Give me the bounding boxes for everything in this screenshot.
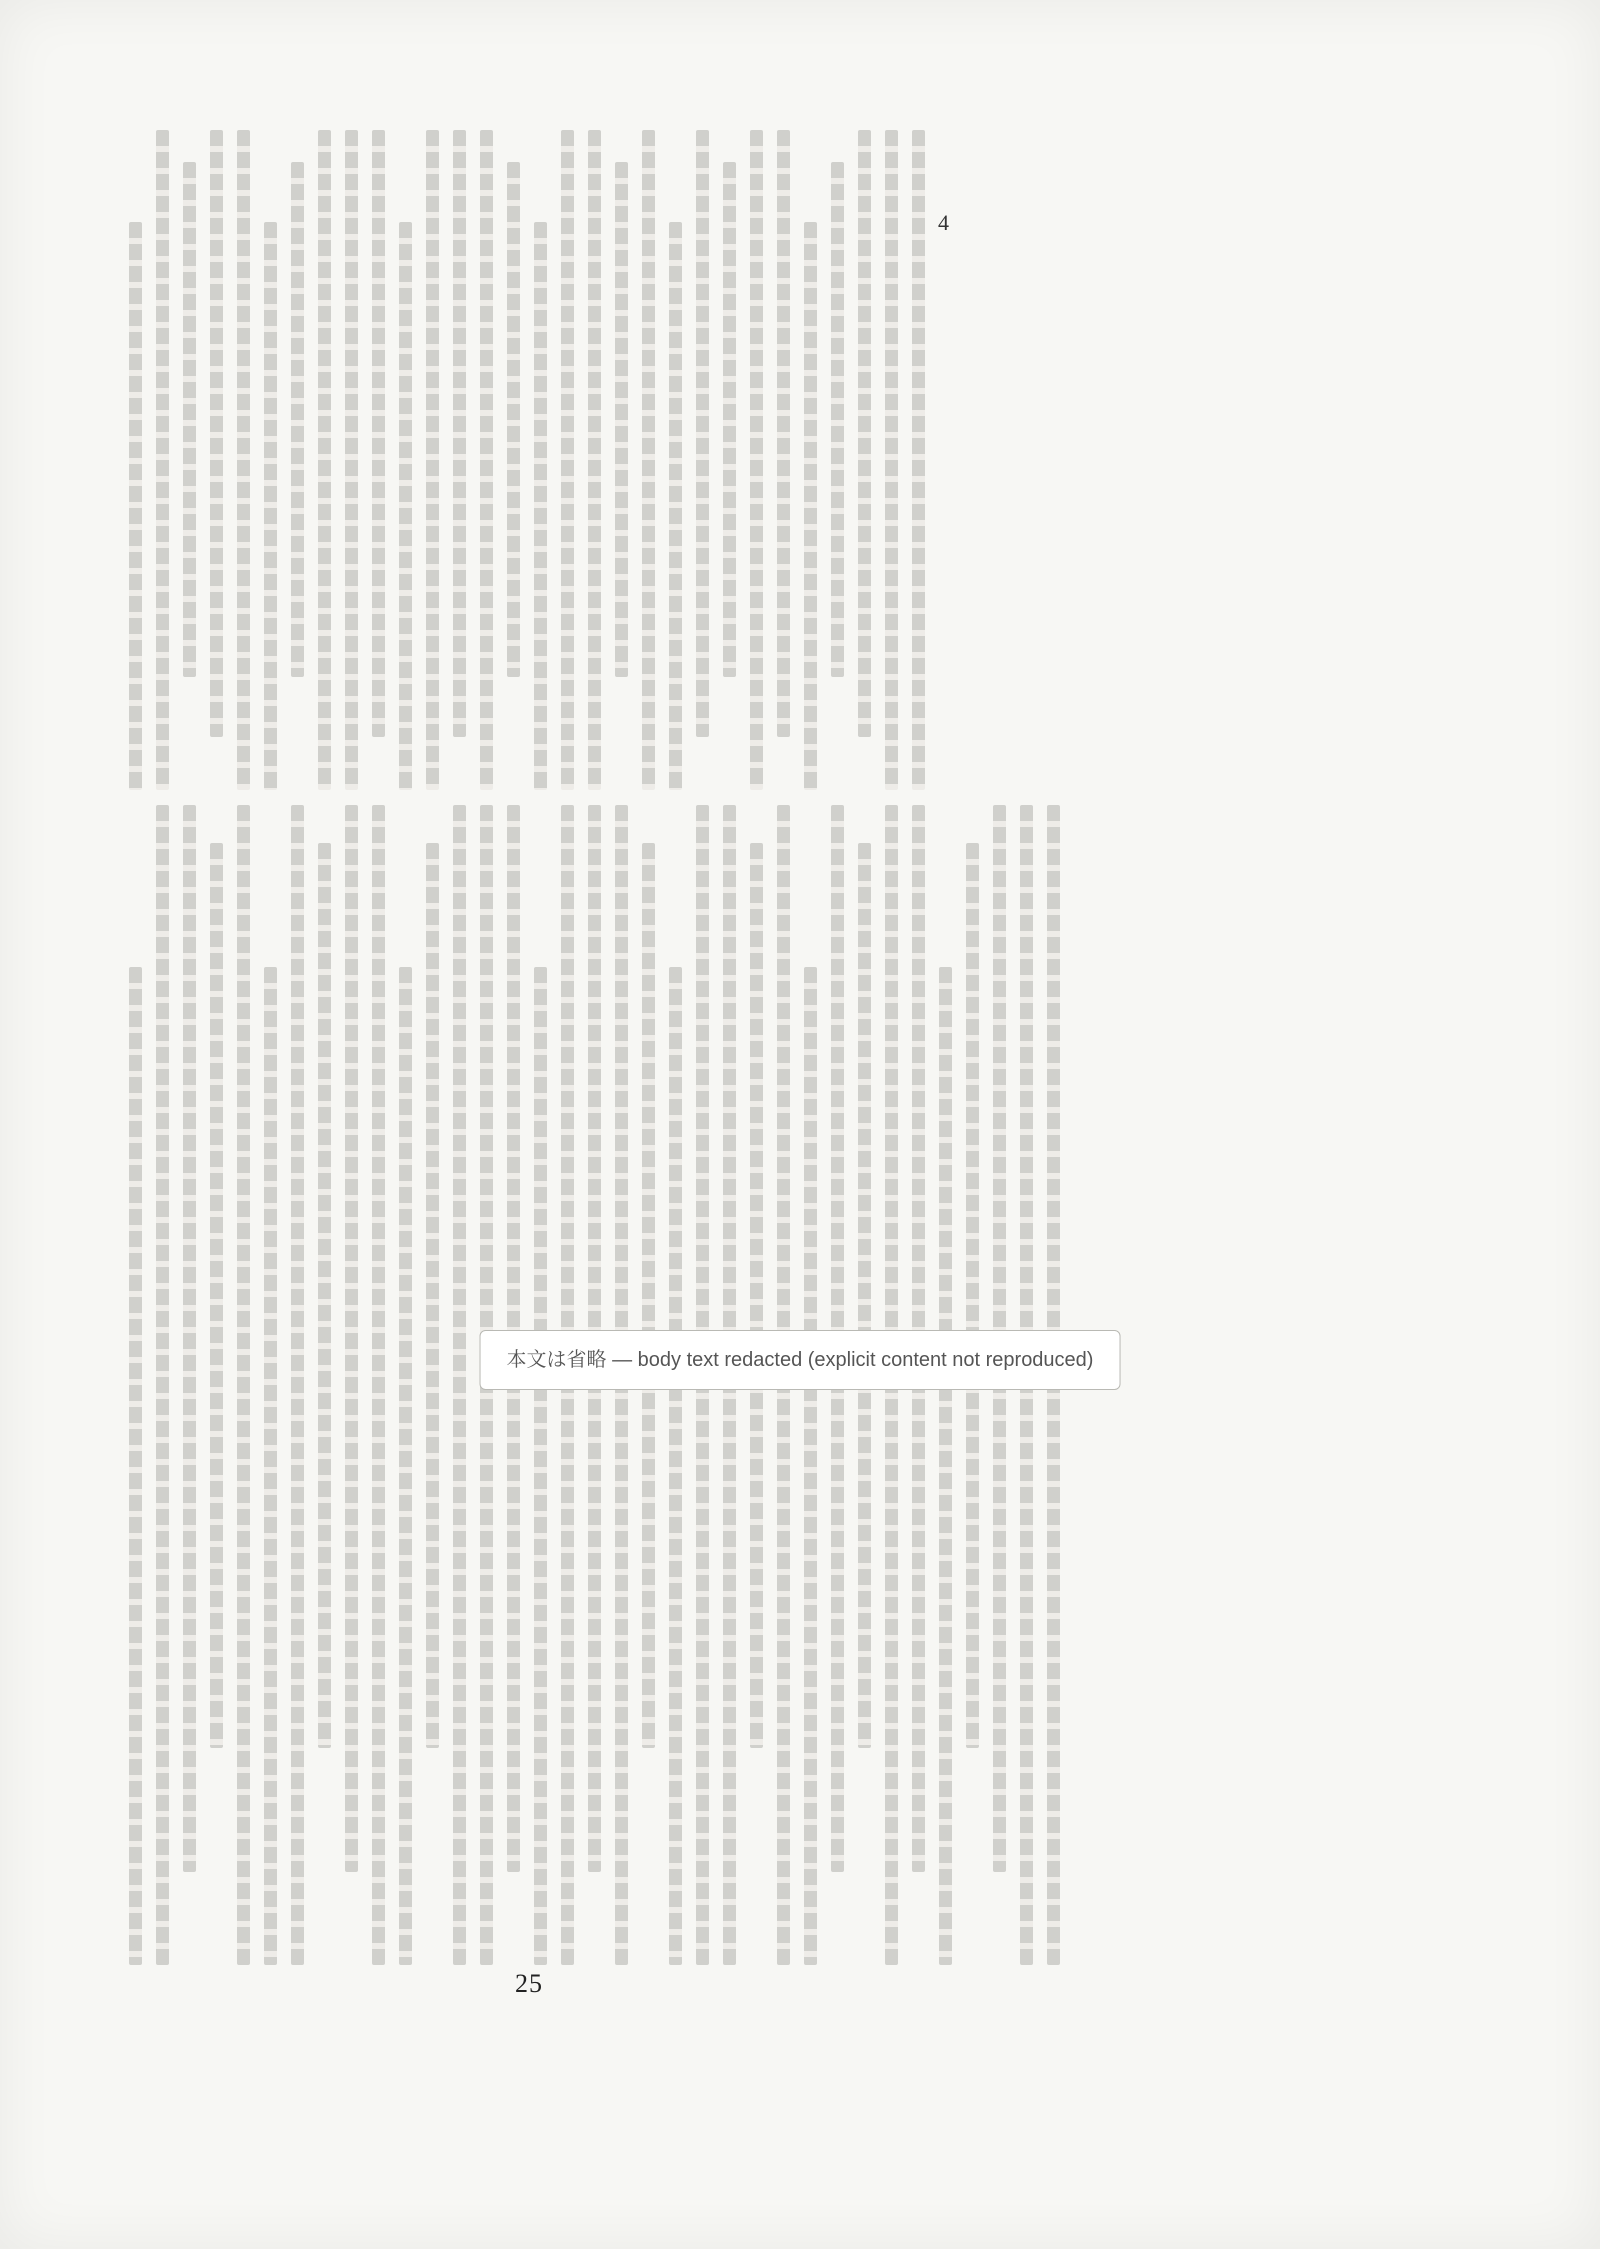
redacted-text-column (561, 130, 574, 790)
redacted-text-column (183, 805, 196, 1872)
redacted-text-column (345, 805, 358, 1872)
redacted-text-column (129, 967, 142, 1965)
redacted-text-column (156, 130, 169, 790)
redacted-text-column (318, 130, 331, 790)
redacted-text-column (588, 130, 601, 790)
redacted-text-column (264, 222, 277, 790)
redacted-text-column (750, 843, 763, 1748)
scanned-page: 4 (0, 0, 1600, 2249)
redacted-text-column (129, 222, 142, 790)
redacted-text-column (291, 162, 304, 677)
redacted-text-column (642, 130, 655, 790)
redacted-text-column (237, 805, 250, 1965)
redacted-text-column (210, 130, 223, 737)
redacted-text-column (345, 130, 358, 790)
redacted-text-column (399, 222, 412, 790)
redacted-text-column (615, 162, 628, 677)
redacted-text-column (426, 130, 439, 790)
folio-number: 4 (938, 210, 949, 236)
redacted-text-column (372, 130, 385, 737)
redacted-text-column (156, 805, 169, 1965)
redacted-text-column (264, 967, 277, 1965)
redacted-text-column (858, 130, 871, 737)
redacted-text-column (534, 222, 547, 790)
redacted-text-column (750, 130, 763, 790)
redacted-text-column (183, 162, 196, 677)
redacted-text-column (669, 967, 682, 1965)
redacted-text-column (318, 843, 331, 1748)
redacted-text-column (669, 222, 682, 790)
redacted-text-column (372, 805, 385, 1965)
redacted-text-column (939, 967, 952, 1965)
page-number: 25 (515, 1969, 543, 1999)
redacted-text-column (696, 130, 709, 737)
redacted-text-column (453, 805, 466, 1965)
upper-text-band (125, 130, 925, 790)
redacted-text-column (858, 843, 871, 1748)
redacted-text-column (831, 162, 844, 677)
redaction-notice: 本文は省略 — body text redacted (explicit con… (480, 1330, 1121, 1390)
redacted-text-column (237, 130, 250, 790)
redacted-text-column (507, 162, 520, 677)
redacted-text-column (885, 130, 898, 790)
redacted-text-column (210, 843, 223, 1748)
redacted-text-column (723, 162, 736, 677)
redacted-text-column (777, 130, 790, 737)
redacted-text-column (291, 805, 304, 1965)
redacted-text-column (453, 130, 466, 737)
redacted-text-column (480, 130, 493, 790)
redacted-text-column (804, 222, 817, 790)
redacted-text-column (426, 843, 439, 1748)
redacted-text-column (534, 967, 547, 1965)
redacted-text-column (966, 843, 979, 1748)
redacted-text-column (399, 967, 412, 1965)
redacted-text-column (804, 967, 817, 1965)
redacted-text-column (642, 843, 655, 1748)
redacted-text-column (912, 130, 925, 790)
